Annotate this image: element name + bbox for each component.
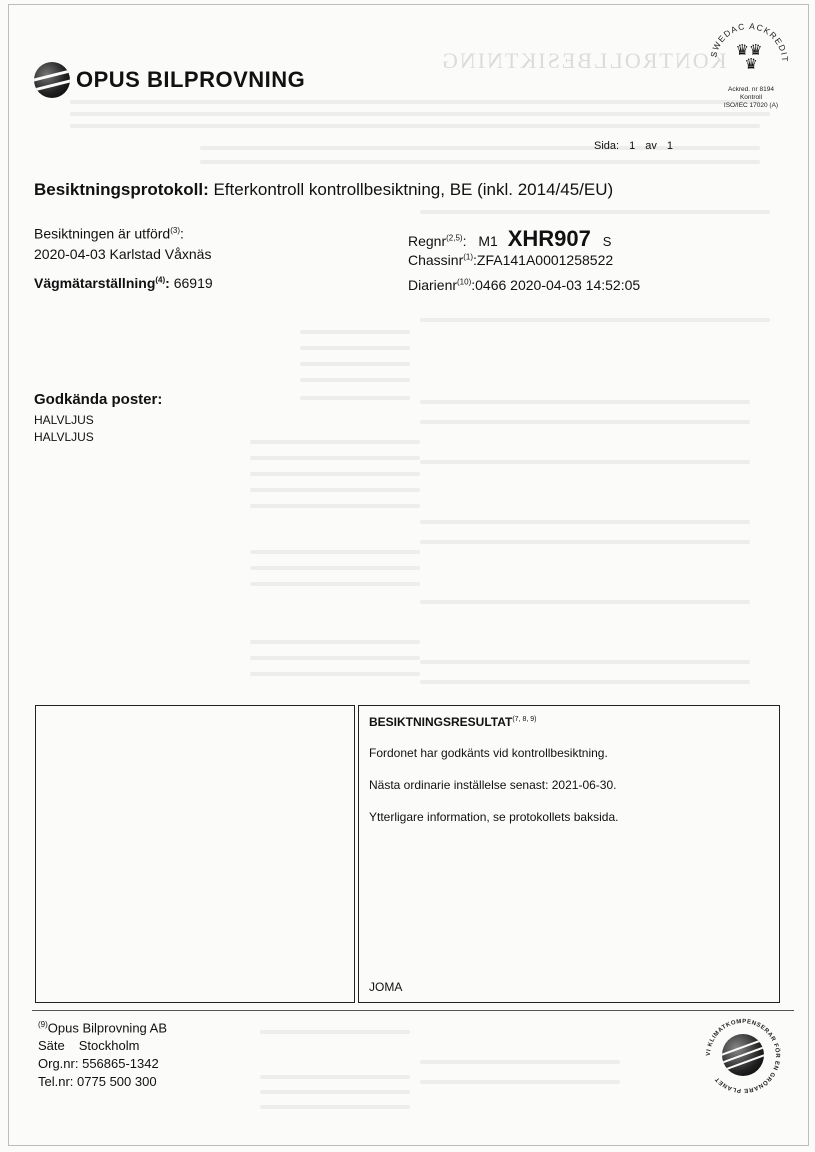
result-line: Fordonet har godkänts vid kontrollbesikt… xyxy=(369,746,608,760)
empty-left-box xyxy=(35,705,355,1003)
inspection-performed: Besiktningen är utförd(3): 2020-04-03 Ka… xyxy=(34,221,211,264)
inspection-result-box: BESIKTNINGSRESULTAT(7, 8, 9) Fordonet ha… xyxy=(358,705,780,1003)
protocol-title: Besiktningsprotokoll: Efterkontroll kont… xyxy=(34,180,613,200)
approved-heading: Godkända poster: xyxy=(34,391,162,408)
inspector-signature: JOMA xyxy=(369,980,402,994)
swedac-accreditation-seal: SWEDAC ACKREDITERING ♛♛ ♛ Ackred. nr 819… xyxy=(706,22,792,114)
chassis-number: Chassinr(1):ZFA141A0001258522 xyxy=(408,252,613,268)
accreditation-number: Ackred. nr 8194 xyxy=(706,86,796,94)
globe-logo-icon xyxy=(34,62,70,98)
plate-number: XHR907 xyxy=(508,226,591,251)
result-line: Ytterligare information, se protokollets… xyxy=(369,810,618,824)
odometer-value: 66919 xyxy=(174,275,213,291)
result-title: BESIKTNINGSRESULTAT(7, 8, 9) xyxy=(369,715,536,729)
footer-divider xyxy=(32,1010,794,1011)
accreditation-standard: ISO/IEC 17020 (A) xyxy=(706,102,796,110)
brand-name: OPUS BILPROVNING xyxy=(76,67,305,93)
three-crowns-icon: ♛♛ ♛ xyxy=(726,44,772,72)
page-number: Sida:1av1 xyxy=(594,140,683,152)
odometer-reading: Vägmätarställning(4): 66919 xyxy=(34,275,213,291)
climate-globe-icon xyxy=(722,1034,764,1076)
opus-bilprovning-logo: OPUS BILPROVNING xyxy=(34,62,305,98)
approved-item: HALVLJUS xyxy=(34,412,162,429)
approved-item: HALVLJUS xyxy=(34,429,162,446)
company-name: Opus Bilprovning AB xyxy=(48,1020,167,1035)
company-footer: (9)Opus Bilprovning AB SäteStockholm Org… xyxy=(38,1016,167,1091)
diary-number: Diarienr(10):0466 2020-04-03 14:52:05 xyxy=(408,277,640,293)
result-line: Nästa ordinarie inställelse senast: 2021… xyxy=(369,778,616,792)
accreditation-type: Kontroll xyxy=(706,94,796,102)
registration-number: Regnr(2,5): M1 XHR907 S xyxy=(408,226,611,252)
performed-value: 2020-04-03 Karlstad Våxnäs xyxy=(34,244,211,264)
climate-compensation-badge: VI KLIMATKOMPENSERAR FÖR EN GRÖNARE PLAN… xyxy=(700,1012,786,1108)
approved-items: Godkända poster: HALVLJUS HALVLJUS xyxy=(34,391,162,446)
